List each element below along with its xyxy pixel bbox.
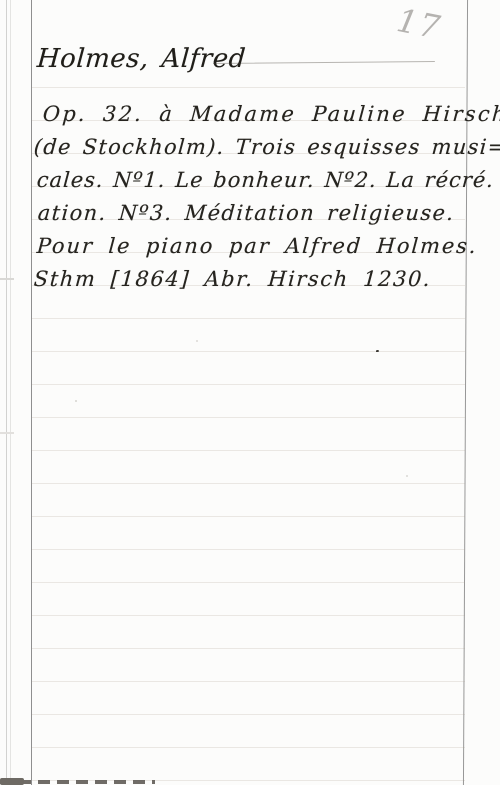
paper-speck [75,400,77,402]
pencil-page-number: 17 [394,1,445,47]
heading-underline-flourish [213,61,435,64]
scanned-catalog-card-page: 17 Holmes, Alfred Op. 32. à Madame Pauli… [0,0,500,785]
manuscript-line-6: Sthm [1864] Abr. Hirsch 1230. [33,267,432,291]
manuscript-line-5: Pour le piano par Alfred Holmes. [36,234,478,258]
paper-speck [406,475,408,477]
paper-speck [196,340,198,342]
manuscript-line-2: (de Stockholm). Trois esquisses musi= [33,135,500,159]
scan-bottom-edge-blob [0,778,24,785]
margin-tick-mark [0,278,14,280]
entry-heading-composer-name: Holmes, Alfred [36,44,247,74]
manuscript-line-1: Op. 32. à Madame Pauline Hirsch [42,102,500,126]
margin-tick-mark [0,432,14,434]
left-margin-line-outer [6,0,7,785]
left-margin-line-inner [10,0,11,785]
manuscript-line-4: ation. Nº3. Méditation religieuse. [37,201,455,225]
stray-ink-dot [376,350,379,352]
card-left-border [31,0,32,785]
manuscript-line-3: cales. Nº1. Le bonheur. Nº2. La récré. [36,168,495,192]
